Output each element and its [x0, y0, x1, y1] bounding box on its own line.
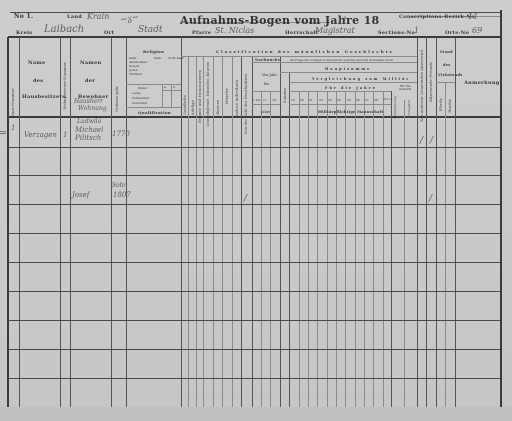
wohnparteien-header: Wohnparteien-Nummer	[62, 62, 67, 110]
row-rule	[8, 233, 500, 234]
row-rule	[8, 378, 500, 379]
frame-left	[7, 37, 9, 407]
sections-value: 1	[414, 26, 419, 35]
age-col-9: 28	[374, 97, 378, 103]
col-line	[188, 56, 189, 407]
col-line	[19, 37, 20, 407]
col-line	[383, 91, 384, 407]
fuer-jahre-header: Für die Jahre	[325, 85, 377, 91]
vieh-title-3: Viehstands	[438, 72, 463, 78]
row-rule	[8, 291, 500, 292]
nachwuchs-header: Nachwuchs	[255, 57, 280, 63]
fuer-jahre-rule	[289, 91, 391, 92]
zukunft-col-1: Untauglich	[407, 100, 412, 117]
stand-col-line	[162, 84, 163, 107]
bewohner-header-hand-2: Wohnung	[78, 105, 107, 112]
orts-label: Orts-No	[445, 30, 469, 36]
age-col-2: 21	[309, 97, 313, 103]
land-label: Land	[67, 14, 82, 20]
col-line	[241, 56, 242, 407]
sheet-number: No 1.	[14, 14, 33, 20]
hausbesitzer-header-3: Hausbesitzers	[22, 94, 66, 100]
row-3-geburts-jahr: 1807	[113, 191, 131, 199]
religion-title: Religion	[143, 49, 164, 55]
col-line	[355, 91, 356, 407]
col-line	[60, 37, 61, 407]
stand-head-rule	[162, 90, 181, 91]
vieh-title-2: des	[443, 62, 451, 68]
summe-col-header: Summe	[282, 88, 287, 103]
class-col-5: Häusler	[224, 88, 229, 104]
hausbesitzer-header-2: des	[33, 78, 43, 84]
row-1-hausbesitzer: Verzagen	[24, 131, 57, 139]
herrschaft-value: Magistrat	[315, 26, 355, 35]
col-line	[270, 91, 271, 407]
sections-label: Sections-No	[378, 30, 415, 36]
row-3-mark-1: /	[244, 194, 247, 204]
von-jahr-rule	[252, 91, 280, 92]
herrschaft-label: Herrschaft	[285, 30, 318, 36]
row-rule	[8, 320, 500, 321]
vieh-rule	[436, 82, 455, 83]
land-value: Krain	[87, 12, 109, 21]
col-line	[455, 37, 456, 407]
col-line	[70, 37, 71, 407]
col-line	[181, 37, 182, 407]
qualification-header: Qualification	[138, 110, 171, 116]
kreis-value: Laibach	[44, 24, 84, 35]
row-3-mark-2: /	[429, 194, 432, 204]
col-line	[126, 37, 127, 407]
nachwuchs-year-2: 18	[272, 97, 276, 103]
von-jahr-header: Von Jahr	[262, 72, 277, 78]
bewohner-header-1: Namen	[80, 60, 101, 66]
vieh-col-1: Rinder	[447, 99, 452, 113]
stand-row-0: Ledig	[132, 91, 141, 95]
nachwuchs-year-0: 1 bis	[253, 97, 260, 103]
vergleichung-rule	[289, 82, 417, 83]
hausbesitzer-header-1: Name	[28, 60, 45, 66]
col-line	[391, 91, 392, 407]
kreis-label: Kreis	[16, 30, 32, 36]
jahre-rule	[252, 104, 280, 105]
class-col-2: Beamte und Honoratioren	[197, 70, 202, 123]
nachwuchs-year-1: 17	[263, 97, 267, 103]
col-line	[213, 56, 214, 407]
class-col-3: Gewerbsleute, Künstler, Bauern	[205, 62, 210, 127]
bewohner-header-hand-1: Hausherr	[74, 98, 103, 105]
age-col-10: 29 u. d.	[383, 97, 393, 103]
col-line	[111, 37, 112, 407]
classification-title: Classification der männlichen Geschlecht…	[216, 49, 394, 55]
bis-header: bis	[264, 81, 269, 87]
class-col-0: Geistliche	[182, 95, 187, 115]
frame-right	[500, 10, 502, 407]
militaerpflichtige-header: Militärpflichtige Mannschaft	[318, 109, 383, 115]
stand-col-0: a.	[164, 85, 167, 89]
row-3-geburts-jahr-top: Sohn	[112, 182, 127, 189]
qualification-rule	[126, 107, 181, 108]
col-line	[252, 56, 253, 407]
col-line	[222, 56, 223, 407]
conscriptions-value: 11	[468, 12, 478, 21]
conscriptions-label: Conscriptions-Bezirk-No	[399, 14, 475, 20]
religion-col-1: nicht kath.	[168, 56, 184, 60]
bottom-margin	[0, 407, 512, 421]
militaer-rule	[289, 104, 391, 105]
age-col-5: 24	[337, 97, 341, 103]
col-line	[445, 82, 446, 407]
col-line	[364, 91, 365, 407]
vieh-col-0: Pferde	[438, 98, 443, 111]
row-rule	[8, 147, 500, 148]
pfarre-label: Pfarre	[192, 30, 211, 36]
stand-col-1: b.	[173, 85, 176, 89]
row-1-bewohner-3: Pilitsch	[75, 134, 101, 142]
hauptsumme-header: Hauptsumme	[325, 66, 371, 72]
col-line	[327, 91, 328, 407]
age-col-7: 26	[356, 97, 360, 103]
anmerkung-header: Anmerkung	[464, 80, 500, 86]
ort-value: Stadt	[138, 25, 163, 35]
row-1-wohnpartei: 1	[63, 131, 67, 139]
bewohner-header-2: der	[85, 78, 95, 84]
age-col-1: 20	[300, 97, 304, 103]
row-rule	[8, 349, 500, 350]
col-line	[345, 91, 346, 407]
vergleichung-header: Vergleichung zum Militär	[312, 76, 410, 82]
religion-col-0: kath.	[154, 56, 162, 60]
row-1-mark-1: /	[420, 136, 423, 146]
vieh-title-1: Stand	[440, 49, 453, 55]
top-rule	[10, 12, 500, 13]
title-year-hand: 11	[337, 16, 347, 25]
pfarre-value: St. Niclas	[215, 26, 254, 35]
row-1-haus-nr-strikethrough: ═	[0, 128, 6, 139]
ort-label: Ort	[104, 30, 114, 36]
class-col-6: Andere Individuen	[234, 80, 239, 118]
row-1-mark-2: /	[430, 136, 433, 146]
col-line	[308, 91, 309, 407]
stand-title: Stand	[138, 86, 147, 90]
age-col-6: 25	[347, 97, 351, 103]
col-line	[289, 72, 290, 407]
col-line	[299, 91, 300, 407]
age-col-4: 23	[328, 97, 332, 103]
jahre-header: Jahre	[261, 109, 271, 115]
header-bottom-rule	[8, 36, 502, 38]
row-rule	[8, 262, 500, 263]
row-1-bewohner-1: Ludwila	[77, 118, 101, 125]
col-line	[317, 91, 318, 407]
row-1-geburts-jahr: 1770	[112, 130, 130, 138]
col-line	[417, 37, 418, 407]
row-rule	[8, 204, 500, 205]
zur-zeit-note: Zu Folge der vorigen Conscription gehöri…	[290, 57, 393, 63]
col-line	[203, 56, 204, 407]
zukunft-col-0: Militärpflichtig	[393, 96, 398, 119]
geburts-jahr-header: Geburts-Jahr	[114, 86, 119, 112]
col-line	[261, 91, 262, 407]
col-line	[232, 56, 233, 407]
col-line	[373, 91, 374, 407]
religion-row-4: Christen	[129, 72, 142, 76]
class-col-7: Von der Zahl der Beurlaubten	[243, 74, 248, 134]
fremde-col-1: Abwesende Fremde	[428, 62, 433, 102]
col-line	[436, 37, 437, 407]
hauptsumme-rule	[280, 72, 417, 73]
orts-value: 69	[472, 26, 482, 35]
stand-row-2: Verwitwet	[132, 101, 147, 105]
stand-row-1: Verheiratet	[132, 96, 149, 100]
class-col-4: Bauern	[215, 100, 220, 115]
col-line	[336, 91, 337, 407]
age-col-8: 27	[365, 97, 369, 103]
col-line	[426, 37, 427, 407]
fremde-col-0: Aus anderen Gemeinden Anwesend	[419, 50, 424, 122]
haus-nummer-header: Haus-Nummer	[10, 88, 15, 118]
fuer-zukunft-header: Für die Zukunft	[394, 85, 416, 91]
age-col-3: 22	[319, 97, 323, 103]
row-rule	[8, 175, 500, 176]
age-col-0: 19	[291, 97, 295, 103]
row-1-haus-nr: 1	[11, 124, 15, 132]
class-col-1: Adelige	[190, 100, 195, 115]
stand-col-line	[171, 84, 172, 107]
col-line	[280, 56, 281, 407]
row-1-bewohner-2: Michael	[75, 126, 103, 134]
row-3-bewohner: Josef	[72, 191, 89, 199]
